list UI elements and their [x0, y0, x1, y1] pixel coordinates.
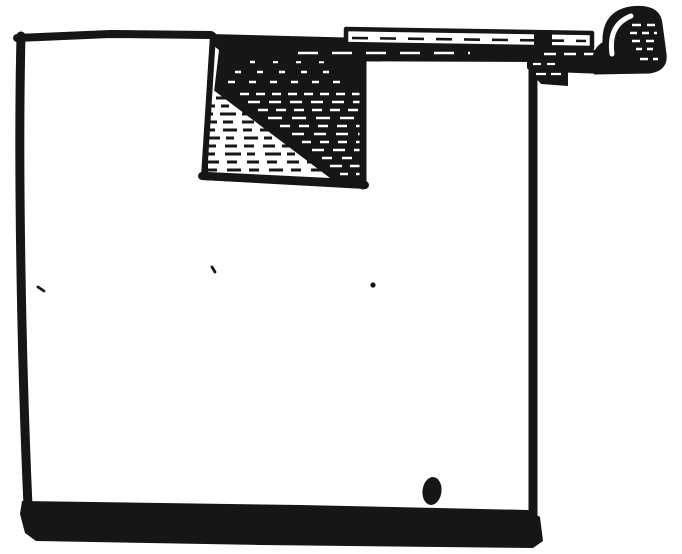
figure-engraving: Black-ink woodcut engraving of a deep re… [0, 0, 682, 554]
box-top-edge [17, 34, 211, 38]
vent-hole: Small dark oval hole on front face [421, 476, 443, 506]
engraving-stage: Black-ink woodcut engraving of a deep re… [0, 0, 682, 554]
box-left-wall [20, 36, 29, 528]
knob-handle: Round domed knob handle [594, 7, 665, 73]
box-bottom-band [20, 501, 543, 548]
ink-speck-2 [370, 282, 375, 287]
lid-step [280, 36, 295, 46]
ink-speck-1 [212, 267, 215, 272]
lid-rail-divider [534, 30, 552, 48]
engraving-canvas: Black-ink woodcut engraving of a deep re… [0, 0, 682, 554]
vent-hole-oval [421, 476, 443, 506]
ink-specks: Stray ink specks on the front face [38, 267, 376, 291]
ink-speck-3 [38, 287, 44, 291]
